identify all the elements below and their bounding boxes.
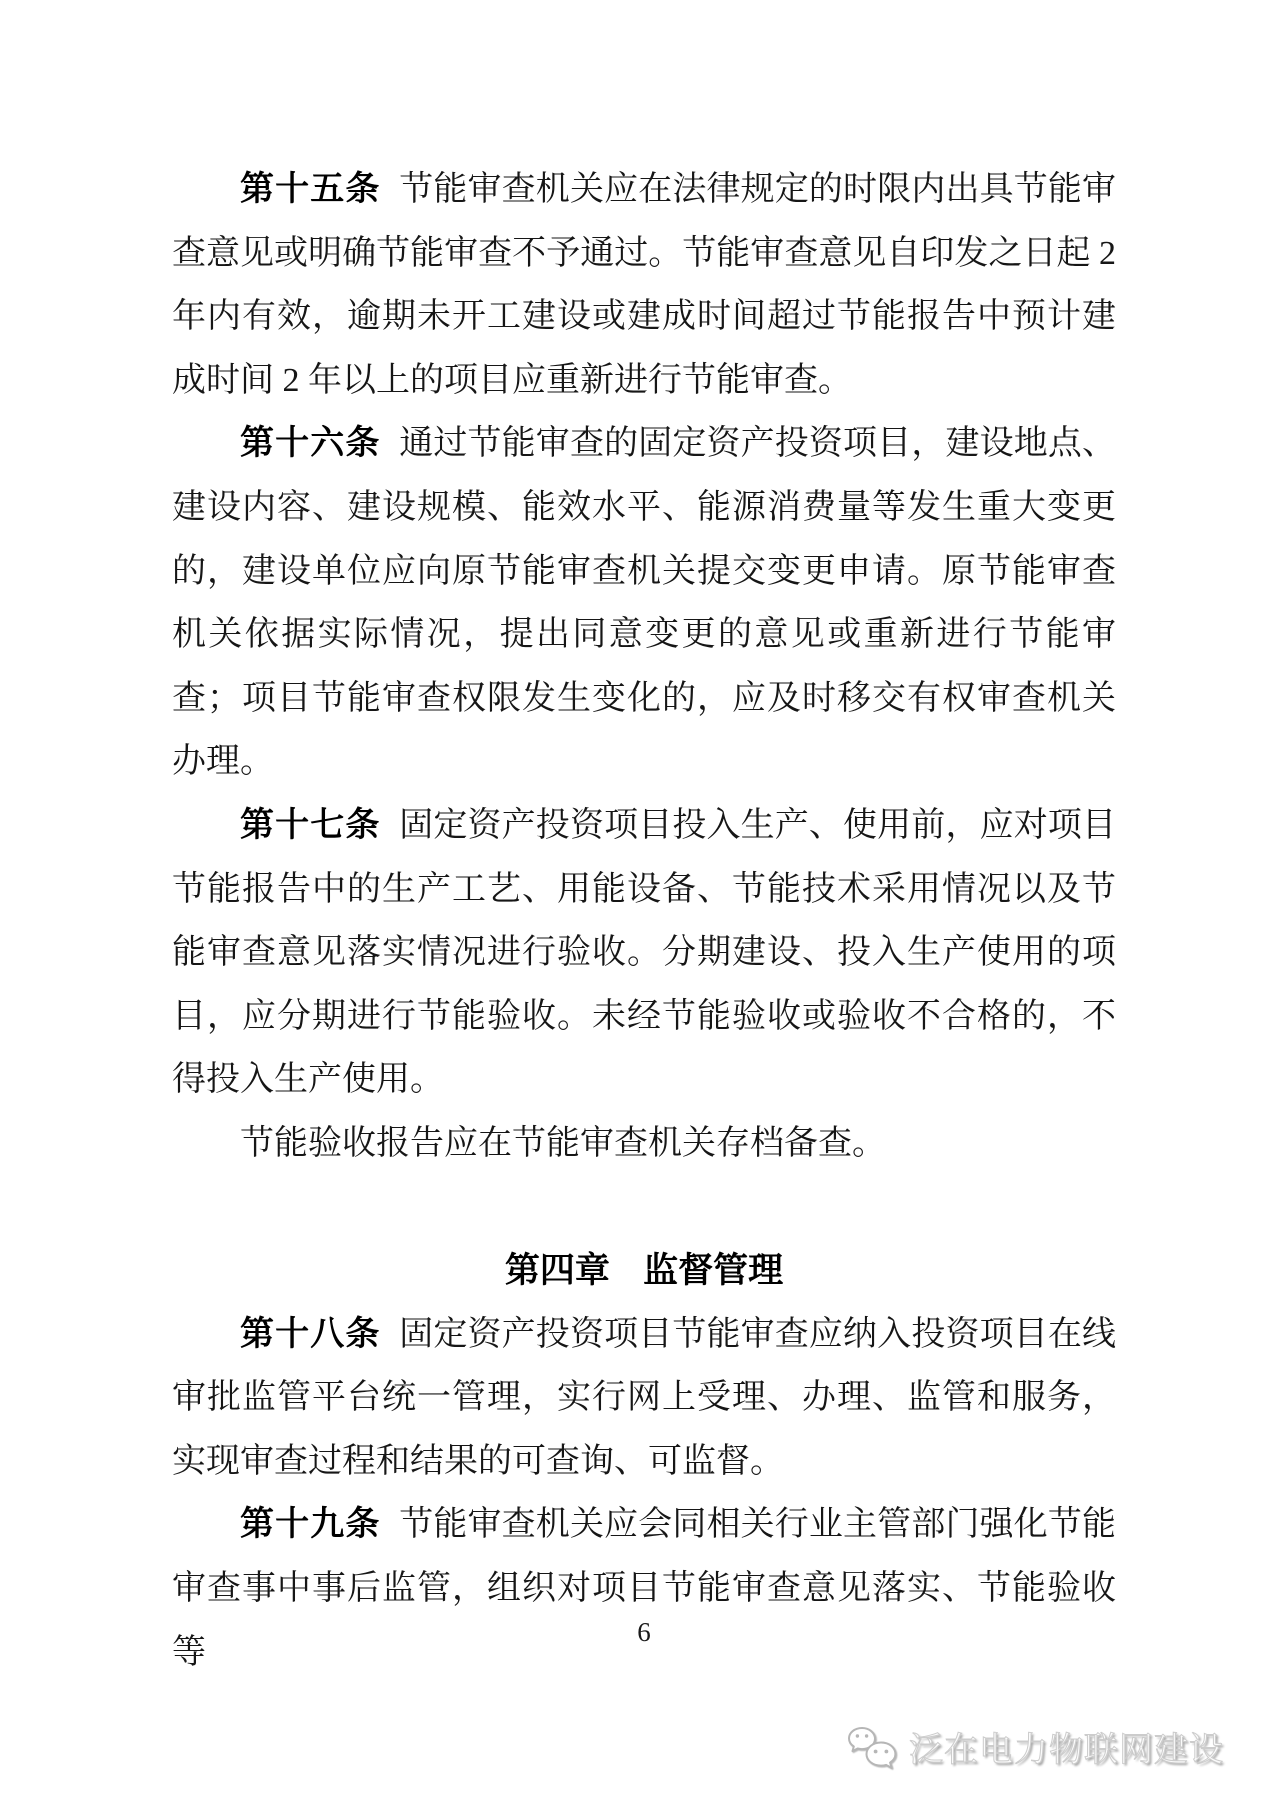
article-17: 第十七条固定资产投资项目投入生产、使用前，应对项目节能报告中的生产工艺、用能设备…	[172, 794, 1116, 1112]
archive-clause: 节能验收报告应在节能审查机关存档备查。	[172, 1112, 1116, 1176]
watermark-text: 泛在电力物联网建设	[909, 1724, 1224, 1776]
article-16-text: 通过节能审查的固定资产投资项目，建设地点、建设内容、建设规模、能效水平、能源消费…	[172, 425, 1116, 780]
article-17-label: 第十七条	[240, 806, 399, 844]
watermark: 泛在电力物联网建设	[847, 1724, 1224, 1776]
document-page: 第十五条节能审查机关应在法律规定的时限内出具节能审查意见或明确节能审查不予通过。…	[0, 0, 1280, 1810]
chapter-title: 监督管理	[643, 1251, 783, 1290]
article-16-label: 第十六条	[240, 424, 399, 462]
article-19: 第十九条节能审查机关应会同相关行业主管部门强化节能审查事中事后监管，组织对项目节…	[172, 1493, 1116, 1684]
wechat-icon	[847, 1724, 899, 1776]
chapter-heading: 第四章监督管理	[172, 1239, 1116, 1303]
article-15-label: 第十五条	[240, 170, 399, 208]
article-16: 第十六条通过节能审查的固定资产投资项目，建设地点、建设内容、建设规模、能效水平、…	[172, 412, 1116, 794]
chapter-number: 第四章	[505, 1251, 610, 1290]
document-content: 第十五条节能审查机关应在法律规定的时限内出具节能审查意见或明确节能审查不予通过。…	[172, 158, 1116, 1684]
article-18-label: 第十八条	[240, 1315, 399, 1353]
article-19-label: 第十九条	[240, 1505, 399, 1543]
article-18: 第十八条固定资产投资项目节能审查应纳入投资项目在线审批监管平台统一管理，实行网上…	[172, 1303, 1116, 1494]
article-17-text: 固定资产投资项目投入生产、使用前，应对项目节能报告中的生产工艺、用能设备、节能技…	[172, 807, 1116, 1098]
archive-clause-text: 节能验收报告应在节能审查机关存档备查。	[240, 1125, 886, 1162]
article-15: 第十五条节能审查机关应在法律规定的时限内出具节能审查意见或明确节能审查不予通过。…	[172, 158, 1116, 412]
page-number: 6	[172, 1615, 1116, 1649]
